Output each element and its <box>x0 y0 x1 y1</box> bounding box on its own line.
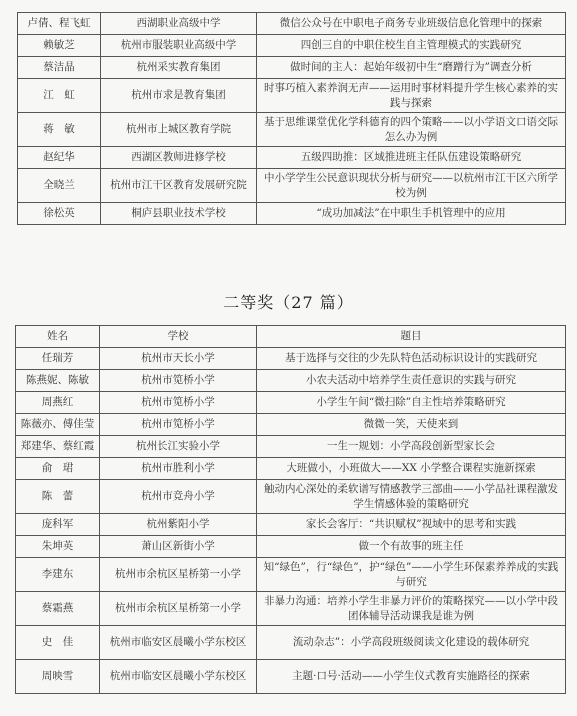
name-cell: 庞科军 <box>16 514 100 536</box>
name-cell: 史 佳 <box>16 626 100 660</box>
title-cell: 做时间的主人：起始年级初中生“磨蹭行为”调查分析 <box>257 57 566 79</box>
name-cell: 赖敏芝 <box>18 35 101 57</box>
title-cell: 家长会客厅：“共识赋权”视域中的思考和实践 <box>257 514 566 536</box>
column-header-title: 题目 <box>257 326 566 348</box>
table-row: 周燕红 杭州市笕桥小学 小学生午间“微扫除”自主性培养策略研究 <box>16 392 566 414</box>
table-row: 蒋 敏 杭州市上城区教育学院 基于思维课堂优化学科德育的四个策略——以小学语文口… <box>18 113 566 147</box>
table-row: 赖敏芝 杭州市服装职业高级中学 四创三自的中职住校生自主管理模式的实践研究 <box>18 35 566 57</box>
title-cell: 主题·口号·活动——小学生仪式教育实施路径的探索 <box>257 660 566 694</box>
table-row: 徐松英 桐庐县职业技术学校 “成功加减法”在中职生手机管理中的应用 <box>18 203 566 225</box>
table-row: 陈薇亦、傅佳莹 杭州市笕桥小学 微微一笑，天使来到 <box>16 414 566 436</box>
school-cell: 杭州市临安区晨曦小学东校区 <box>100 626 257 660</box>
name-cell: 周映雪 <box>16 660 100 694</box>
table-row: 蔡洁晶 杭州采实教育集团 做时间的主人：起始年级初中生“磨蹭行为”调查分析 <box>18 57 566 79</box>
school-cell: 杭州市天长小学 <box>100 348 257 370</box>
school-cell: 杭州市临安区晨曦小学东校区 <box>100 660 257 694</box>
school-cell: 杭州市江干区教育发展研究院 <box>101 169 257 203</box>
title-cell: 做一个有故事的班主任 <box>257 536 566 558</box>
title-cell: 小学生午间“微扫除”自主性培养策略研究 <box>257 392 566 414</box>
title-cell: 一生一规划：小学高段创新型家长会 <box>257 436 566 458</box>
school-cell: 杭州紫阳小学 <box>100 514 257 536</box>
section-heading-second-prize: 二等奖（27 篇） <box>0 290 577 313</box>
school-cell: 桐庐县职业技术学校 <box>101 203 257 225</box>
school-cell: 杭州市竞舟小学 <box>100 480 257 514</box>
title-cell: 非暴力沟通：培养小学生非暴力评价的策略探究——以小学中段团体辅导活动课我是谁为例 <box>257 592 566 626</box>
title-cell: 微微一笑，天使来到 <box>257 414 566 436</box>
column-header-school: 学校 <box>100 326 257 348</box>
name-cell: 陈燕妮、陈敏 <box>16 370 100 392</box>
table-row: 卢倩、程飞虹 西湖职业高级中学 微信公众号在中职电子商务专业班级信息化管理中的探… <box>18 13 566 35</box>
table-row: 李建东 杭州市余杭区星桥第一小学 知“绿色”，行“绿色”，护“绿色”——小学生环… <box>16 558 566 592</box>
title-cell: 中小学学生公民意识现状分析与研究——以杭州市江干区六所学校为例 <box>257 169 566 203</box>
title-cell: 大班做小，小班做大——XX 小学整合课程实施新探索 <box>257 458 566 480</box>
name-cell: 周燕红 <box>16 392 100 414</box>
title-cell: 时事巧植入素养润无声——运用时事材料提升学生核心素养的实践与探索 <box>257 79 566 113</box>
school-cell: 杭州市胜利小学 <box>100 458 257 480</box>
title-cell: 小农夫活动中培养学生责任意识的实践与研究 <box>257 370 566 392</box>
table-row: 蔡霜燕 杭州市余杭区星桥第一小学 非暴力沟通：培养小学生非暴力评价的策略探究——… <box>16 592 566 626</box>
school-cell: 杭州市笕桥小学 <box>100 414 257 436</box>
school-cell: 杭州市笕桥小学 <box>100 370 257 392</box>
table-row: 庞科军 杭州紫阳小学 家长会客厅：“共识赋权”视域中的思考和实践 <box>16 514 566 536</box>
school-cell: 杭州长江实验小学 <box>100 436 257 458</box>
table-row: 周映雪 杭州市临安区晨曦小学东校区 主题·口号·活动——小学生仪式教育实施路径的… <box>16 660 566 694</box>
title-cell: 流动杂志”：小学高段班级阅读文化建设的载体研究 <box>257 626 566 660</box>
school-cell: 杭州市笕桥小学 <box>100 392 257 414</box>
award-table-first: 卢倩、程飞虹 西湖职业高级中学 微信公众号在中职电子商务专业班级信息化管理中的探… <box>17 12 566 225</box>
title-cell: 基于选择与交往的少先队特色活动标识设计的实践研究 <box>257 348 566 370</box>
table-row: 陈燕妮、陈敏 杭州市笕桥小学 小农夫活动中培养学生责任意识的实践与研究 <box>16 370 566 392</box>
name-cell: 卢倩、程飞虹 <box>18 13 101 35</box>
name-cell: 蔡霜燕 <box>16 592 100 626</box>
name-cell: 蒋 敏 <box>18 113 101 147</box>
title-cell: 基于思维课堂优化学科德育的四个策略——以小学语文口语交际怎么办为例 <box>257 113 566 147</box>
table-row: 江 虹 杭州市求是教育集团 时事巧植入素养润无声——运用时事材料提升学生核心素养… <box>18 79 566 113</box>
name-cell: 江 虹 <box>18 79 101 113</box>
school-cell: 杭州采实教育集团 <box>101 57 257 79</box>
name-cell: 蔡洁晶 <box>18 57 101 79</box>
name-cell: 赵纪华 <box>18 147 101 169</box>
name-cell: 全晓兰 <box>18 169 101 203</box>
school-cell: 杭州市余杭区星桥第一小学 <box>100 558 257 592</box>
name-cell: 郑建华、蔡红霞 <box>16 436 100 458</box>
name-cell: 陈薇亦、傅佳莹 <box>16 414 100 436</box>
table-row: 朱坤英 萧山区新街小学 做一个有故事的班主任 <box>16 536 566 558</box>
school-cell: 西湖职业高级中学 <box>101 13 257 35</box>
column-header-name: 姓名 <box>16 326 100 348</box>
school-cell: 杭州市上城区教育学院 <box>101 113 257 147</box>
award-table-second-prize: 姓名 学校 题目 任瑞芳 杭州市天长小学 基于选择与交往的少先队特色活动标识设计… <box>15 325 566 694</box>
name-cell: 任瑞芳 <box>16 348 100 370</box>
title-cell: 知“绿色”，行“绿色”，护“绿色”——小学生环保素养养成的实践与研究 <box>257 558 566 592</box>
title-cell: 微信公众号在中职电子商务专业班级信息化管理中的探索 <box>257 13 566 35</box>
name-cell: 徐松英 <box>18 203 101 225</box>
name-cell: 俞 珺 <box>16 458 100 480</box>
school-cell: 杭州市余杭区星桥第一小学 <box>100 592 257 626</box>
name-cell: 陈 蕾 <box>16 480 100 514</box>
table-row: 赵纪华 西湖区教师进修学校 五级四助推：区域推进班主任队伍建设策略研究 <box>18 147 566 169</box>
school-cell: 杭州市求是教育集团 <box>101 79 257 113</box>
table-row: 全晓兰 杭州市江干区教育发展研究院 中小学学生公民意识现状分析与研究——以杭州市… <box>18 169 566 203</box>
table-row: 郑建华、蔡红霞 杭州长江实验小学 一生一规划：小学高段创新型家长会 <box>16 436 566 458</box>
table-row: 俞 珺 杭州市胜利小学 大班做小，小班做大——XX 小学整合课程实施新探索 <box>16 458 566 480</box>
table-row: 陈 蕾 杭州市竞舟小学 触动内心深处的柔软谱写情感教学三部曲——小学品社课程激发… <box>16 480 566 514</box>
title-cell: 四创三自的中职住校生自主管理模式的实践研究 <box>257 35 566 57</box>
title-cell: 五级四助推：区域推进班主任队伍建设策略研究 <box>257 147 566 169</box>
title-cell: “成功加减法”在中职生手机管理中的应用 <box>257 203 566 225</box>
school-cell: 杭州市服装职业高级中学 <box>101 35 257 57</box>
table-row: 史 佳 杭州市临安区晨曦小学东校区 流动杂志”：小学高段班级阅读文化建设的载体研… <box>16 626 566 660</box>
table-row: 任瑞芳 杭州市天长小学 基于选择与交往的少先队特色活动标识设计的实践研究 <box>16 348 566 370</box>
table-header-row: 姓名 学校 题目 <box>16 326 566 348</box>
school-cell: 西湖区教师进修学校 <box>101 147 257 169</box>
name-cell: 李建东 <box>16 558 100 592</box>
school-cell: 萧山区新街小学 <box>100 536 257 558</box>
title-cell: 触动内心深处的柔软谱写情感教学三部曲——小学品社课程激发学生情感体验的策略研究 <box>257 480 566 514</box>
name-cell: 朱坤英 <box>16 536 100 558</box>
